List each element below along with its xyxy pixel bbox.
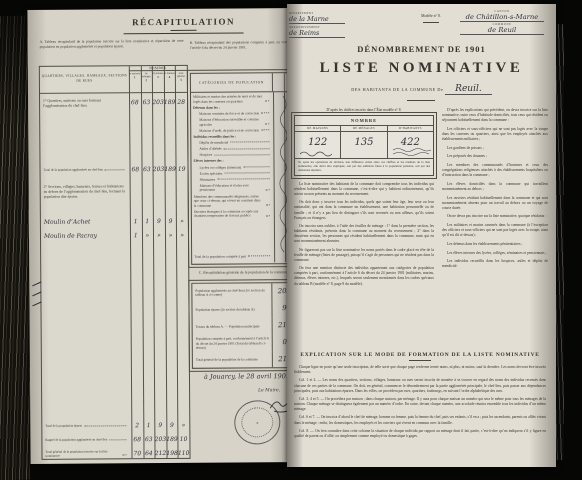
nombre-val-habitants: 422 — [387, 132, 433, 158]
b-row: Maisons d’arrêt, de justice et de correc… — [191, 128, 271, 133]
row-label: 1° Quartiers, maisons ou rues formant l’… — [40, 98, 129, 108]
table-a-nombre-header: NOMBRE de maisons1 de ménages2 d’hommes3… — [129, 66, 187, 92]
paragraph: Ne figureront pas sur la liste nominativ… — [294, 248, 434, 264]
row-label: Rappel de la population agglomérée au ch… — [42, 438, 131, 443]
c-row-label: Total général de la population de la com… — [196, 358, 270, 363]
arrondissement-value: de Reims — [289, 29, 345, 38]
nombre-box-header: NOMBRE — [295, 116, 433, 126]
row-label: Total de la population agglomérée au che… — [41, 168, 130, 173]
liste-nominative-title: LISTE NOMINATIVE — [287, 60, 556, 77]
paragraph: Les gardiens de prisons ; — [442, 146, 548, 151]
nombre-note: D’après les chiffres inscrits dans l’Éta… — [294, 108, 434, 112]
paragraph: Col. 8. — On fera connaître dans cette c… — [294, 429, 546, 439]
c-row-agglomeree: Population agglomérée au chef-lieu (1re … — [192, 283, 296, 301]
paragraph: Chaque ligne ne porte qu’une seule inscr… — [294, 365, 546, 375]
handwritten-note-squiggle — [392, 147, 432, 157]
subtitle-commune-handwritten: Reuil. — [445, 84, 492, 95]
b-row: Hospices — [191, 152, 271, 157]
handwritten-note-squiggle — [299, 149, 333, 157]
recapitulation-title: RÉCAPITULATION — [123, 16, 243, 34]
b-row: Ouvriers étrangers à la commune occupés … — [192, 209, 272, 219]
row-label-handwritten: Moulin de Pacray — [41, 232, 130, 240]
subtitle: DES HABITANTS DE LA COMMUNE De Reuil. — [287, 84, 556, 94]
nombre-col-menages: DE MÉNAGES — [340, 126, 386, 131]
paragraph: On doit donc y inscrire tous les individ… — [294, 200, 434, 221]
table-a-header: QUARTIERS, VILLAGES, HAMEAUX, SECTIONS D… — [40, 66, 187, 94]
paragraph: Les élèves internes des lycées, collèges… — [442, 251, 548, 256]
model-number: Modèle n° 8. — [421, 14, 441, 18]
table-row-rappel: Rappel de la population agglomérée au ch… — [42, 436, 189, 444]
b-row: Maisons centrales de force et de correct… — [191, 111, 271, 116]
paragraph: On inscrira sans oublier, à l’aide des f… — [294, 224, 434, 245]
col-header-maisons: de maisons1 — [129, 71, 141, 90]
table-b-header: CATÉGORIES DE POPULATION — [191, 73, 295, 93]
b-row: Maisons d’éducation et écoles avec pensi… — [192, 183, 272, 193]
paragraph: Les individus recueillis dans les hospic… — [442, 259, 548, 269]
nombre-col-habitants: D’HABITANTS — [387, 126, 433, 131]
nombre-col-maisons: DE MAISONS — [295, 126, 340, 131]
nombre-box: NOMBRE DE MAISONS DE MÉNAGES D’HABITANTS… — [294, 115, 434, 176]
paragraph: Col. 3, 4 et 5. — On procédera par maiso… — [294, 397, 546, 413]
c-row-total-general: Total général de la population de la com… — [193, 350, 297, 368]
paragraph: Les ouvriers résidant habituellement dan… — [442, 196, 548, 212]
table-row-agglomeration: 1° Quartiers, maisons ou rues formant l’… — [40, 98, 187, 109]
section-c-heading: C. Récapitulation générale de la populat… — [193, 270, 295, 276]
paragraph: On fera une mention distincte des indivi… — [294, 266, 434, 287]
b-row: Élèves internes des : — [191, 159, 271, 164]
canton-block: CANTON de Châtillon-s-Marne COMMUNE de R… — [456, 10, 548, 36]
right-page-left-column: D’après les chiffres inscrits dans l’Éta… — [294, 108, 434, 290]
b-row: Écoles spéciales — [192, 171, 272, 176]
nombre-val-maisons: 122 — [295, 132, 340, 158]
table-a-column-lines — [129, 66, 190, 458]
table-a: QUARTIERS, VILLAGES, HAMEAUX, SECTIONS D… — [39, 65, 191, 460]
subtitle-printed: DES HABITANTS DE LA COMMUNE De — [351, 87, 443, 92]
col-header-femmes: de femmes4 — [164, 71, 176, 90]
table-row-moulin-achet: Moulin d’Achet 1 1 9 9 » — [41, 218, 188, 227]
c-row-label: Population agglomérée au chef-lieu (1re … — [195, 288, 269, 297]
section-a-heading: A. Tableau récapitulatif de la populatio… — [40, 39, 184, 50]
row-label-handwritten: Moulin d’Achet — [41, 218, 130, 226]
paragraph: Les membres des communautés d’hommes et … — [442, 163, 548, 179]
categories-label: CATÉGORIES DE POPULATION — [191, 73, 272, 92]
c-row-label: Population comptée à part, conformément … — [196, 336, 270, 350]
maire-label: Le Maire, — [258, 388, 280, 393]
table-b: CATÉGORIES DE POPULATION Militaires et m… — [190, 72, 297, 265]
explication-section: EXPLICATION SUR LE MODE DE FORMATION DE … — [294, 352, 546, 442]
stamp-center: ✶ — [255, 420, 259, 425]
paragraph: La liste nominative des habitants de la … — [294, 182, 434, 198]
c-row-eparse: Population éparse (2e section du tableau… — [192, 300, 296, 318]
department-block: DÉPARTEMENT de la Marne ARRONDISSEMENT d… — [289, 12, 355, 40]
col-header-menages: de ménages2 — [140, 71, 152, 90]
table-row-total-eparse: Total de la population éparse 2 1 9 9 » — [42, 422, 189, 430]
paragraph: Les élèves domiciliés dans la commune qu… — [442, 182, 548, 192]
table-row-moulin-pacray: Moulin de Pacray 1 » » » » — [41, 232, 188, 241]
explication-heading: EXPLICATION SUR LE MODE DE FORMATION DE … — [294, 352, 546, 361]
census-title: DÉNOMBREMENT DE 1901 — [287, 44, 556, 54]
b-row: Maisons d’éducation surveillée et coloni… — [191, 117, 271, 127]
right-page: DÉPARTEMENT de la Marne ARRONDISSEMENT d… — [287, 4, 556, 467]
title-rule — [407, 100, 435, 101]
c-row-label: Totaux du tableau A. — Population munici… — [196, 324, 270, 329]
nombre-val-menages: 135 — [340, 132, 386, 158]
b-row: Asiles d’aliénés — [191, 146, 271, 151]
table-b-rows: Militaires et marins des armées de terre… — [191, 94, 272, 220]
paragraph: On ne devra pas inscrire sur la liste no… — [442, 214, 548, 219]
paragraph: Les préposés des douanes ; — [442, 154, 548, 159]
canton-value: de Châtillon-s-Marne — [460, 13, 544, 22]
row-label: 2° Sections, villages, hameaux, fermes e… — [41, 184, 130, 199]
paragraph: Col. 6 et 7. — On inscrira d’abord le ch… — [294, 415, 546, 425]
paragraph: Les officiers et sous-officiers qui ne s… — [442, 127, 548, 143]
signature-place-date: à Jouarcy, le 28 avril 190. — [196, 372, 296, 381]
col-header-total: total général5 — [175, 71, 187, 90]
table-b-total-row: Total de la population comptée à part — [194, 254, 272, 259]
b-row: Militaires et marins des armées de terre… — [191, 94, 271, 104]
table-c: Population agglomérée au chef-lieu (1re … — [191, 282, 298, 369]
b-row: Individus recueillis dans les : — [191, 134, 271, 139]
book-scan: RÉCAPITULATION A. Tableau récapitulatif … — [0, 0, 582, 480]
b-row: Lycées ou collèges (internats) — [192, 165, 272, 170]
commune-value: de Reuil — [460, 26, 544, 35]
c-row-label: Population éparse (2e section du tableau… — [196, 307, 270, 312]
c-row-comptee-a-part: Population comptée à part, conformément … — [193, 333, 297, 351]
table-row-total-general: Total général de la population inscrite … — [42, 449, 189, 458]
b-row: Dépôts de mendicité — [191, 140, 271, 145]
col-header-hommes: d’hommes3 — [152, 71, 164, 90]
right-page-right-column: D’après les explications qui précèdent, … — [442, 108, 548, 273]
left-page: RÉCAPITULATION A. Tableau récapitulatif … — [27, 8, 302, 464]
margin-pen-marks — [31, 278, 43, 318]
paragraph: Les détenus dans les établissements péni… — [442, 242, 548, 247]
department-value: de la Marne — [289, 15, 345, 24]
table-row-section-eparse: 2° Sections, villages, hameaux, fermes e… — [41, 184, 188, 200]
b-row: Détenus dans les : — [191, 105, 271, 110]
table-row-total-agglomeree: Total de la population agglomérée au che… — [41, 166, 188, 174]
b-row: Séminaires — [192, 177, 272, 182]
paragraph: D’après les explications qui précèdent, … — [442, 108, 548, 124]
nombre-box-footnote: Si, après les opérations de révision, un… — [295, 158, 433, 175]
c-row-municipale: Totaux du tableau A. — Population munici… — [193, 317, 297, 335]
b-row: Membres des communautés religieuses, aut… — [192, 194, 272, 208]
paragraph: Col. 1 et 2. — Les noms des quartiers, s… — [294, 378, 546, 394]
row-label: Total général de la population inscrite … — [42, 449, 131, 458]
section-b-heading: B. Tableau récapitulatif des populations… — [190, 40, 294, 50]
model-rule — [423, 22, 439, 23]
table-a-label-header: QUARTIERS, VILLAGES, HAMEAUX, SECTIONS D… — [40, 66, 129, 93]
paragraph: Les militaires et marins casernés dans l… — [442, 223, 548, 239]
row-label: Total de la population éparse — [42, 424, 131, 429]
book-page-edges-left — [0, 16, 30, 480]
